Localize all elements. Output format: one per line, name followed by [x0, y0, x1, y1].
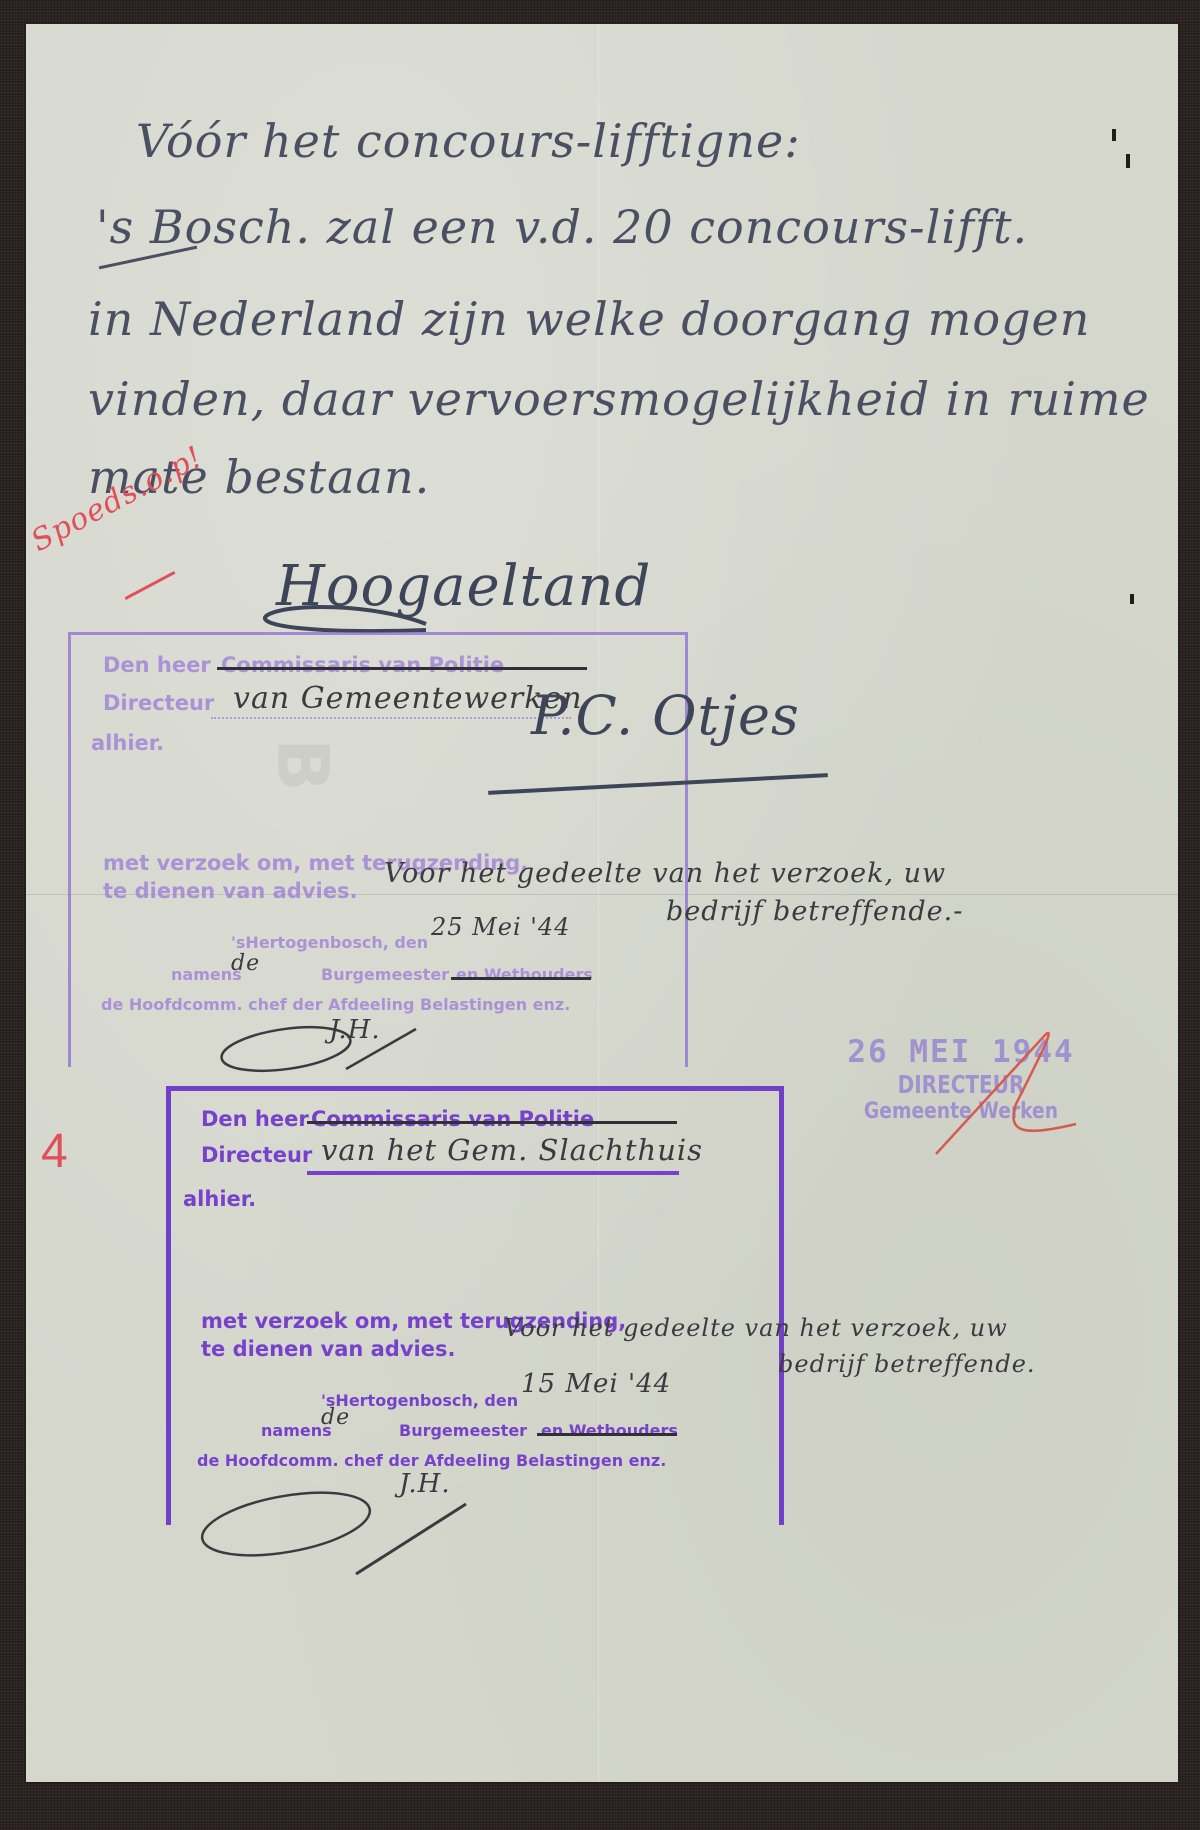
- stamp2-directeur-handwritten: van het Gem. Slachthuis: [321, 1133, 703, 1167]
- stamp2-directeur-line: [307, 1171, 679, 1175]
- stamp2-struck-wethouders: en Wethouders: [541, 1421, 678, 1440]
- stamp1-den-heer: Den heer: [103, 653, 211, 677]
- note-line-4: vinden, daar vervoersmogelijkheid in rui…: [88, 372, 1150, 426]
- note-line-1: Vóór het concours-lifftigne:: [136, 114, 801, 168]
- signature-pc-otjes: P.C. Otjes: [531, 684, 800, 747]
- stamp1-advies: te dienen van advies.: [103, 879, 357, 903]
- stamp1-directeur-line: [211, 717, 571, 719]
- stamp1-alhier: alhier.: [91, 731, 164, 755]
- note-line-2: 's Bosch. zal een v.d. 20 concours-lifft…: [96, 200, 1028, 254]
- stamp1-struck-commissaris: Commissaris van Politie: [221, 653, 504, 677]
- punch-mark: [1112, 129, 1116, 141]
- stamp2-advice-handwritten: Voor het gedeelte van het verzoek, uw: [504, 1314, 1008, 1342]
- initials-flourish-2: [196, 1474, 496, 1584]
- stamp2-advies: te dienen van advies.: [201, 1337, 455, 1361]
- stamp1-advice-handwritten: Voor het gedeelte van het verzoek, uw: [384, 858, 946, 889]
- red-pencil-initials: [926, 1024, 1086, 1164]
- initials-flourish-1: [216, 1009, 436, 1089]
- red-number: 4: [41, 1124, 69, 1179]
- stamp2-date-handwritten: 15 Mei '44: [521, 1369, 671, 1399]
- stamp1-strike-line: [217, 667, 587, 670]
- stamp1-advice-handwritten-cont: bedrijf betreffende.-: [666, 896, 963, 927]
- document-page: B Vóór het concours-lifftigne: 's Bosch.…: [26, 24, 1178, 1782]
- stamp1-place-date: 'sHertogenbosch, den: [231, 933, 428, 952]
- stamp2-directeur: Directeur: [201, 1143, 312, 1167]
- punch-mark: [1126, 154, 1130, 168]
- stamp2-burgemeester: Burgemeester: [399, 1421, 527, 1440]
- stamp2-dept: de Hoofdcomm. chef der Afdeeling Belasti…: [197, 1451, 666, 1470]
- punch-mark: [1130, 594, 1134, 604]
- stamp2-place-date: 'sHertogenbosch, den: [321, 1391, 518, 1410]
- stamp2-alhier: alhier.: [183, 1187, 256, 1211]
- stamp1-struck-wethouders: en Wethouders: [456, 965, 593, 984]
- red-underline: [125, 571, 176, 600]
- stamp1-directeur: Directeur: [103, 691, 214, 715]
- stamp2-strike-wethouders: [537, 1433, 677, 1436]
- stamp1-date-handwritten: 25 Mei '44: [431, 913, 570, 941]
- stamp1-burgemeester: Burgemeester: [321, 965, 449, 984]
- routing-stamp-2: Den heer Commissaris van Politie Directe…: [166, 1086, 784, 1525]
- note-line-3: in Nederland zijn welke doorgang mogen: [88, 292, 1090, 346]
- stamp2-struck-commissaris: Commissaris van Politie: [311, 1107, 594, 1131]
- stamp2-den-heer: Den heer: [201, 1107, 309, 1131]
- stamp2-advice-handwritten-cont: bedrijf betreffende.: [778, 1350, 1036, 1378]
- stamp2-namens-handwritten: de: [321, 1405, 350, 1430]
- stamp2-strike-line: [307, 1121, 677, 1124]
- stamp1-namens-handwritten: de: [231, 951, 260, 976]
- stamp1-strike-wethouders: [451, 977, 591, 980]
